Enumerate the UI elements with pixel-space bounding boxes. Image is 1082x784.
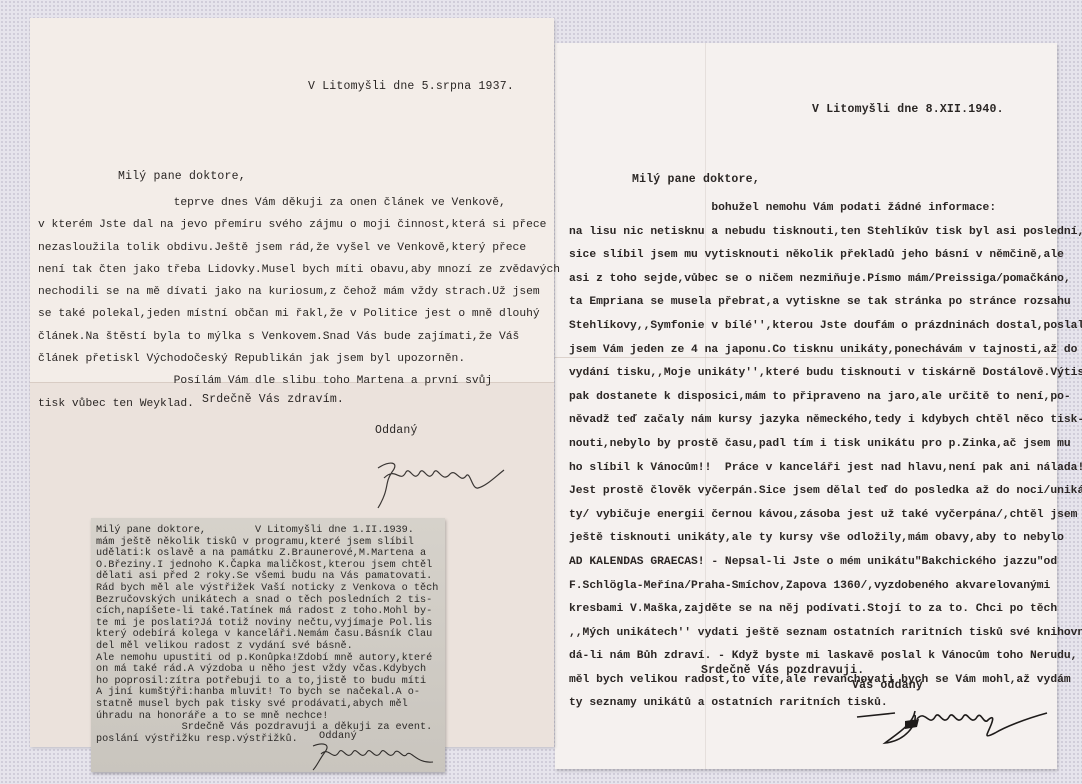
body-line: Posílám Vám dle slibu toho Martena a prv… bbox=[38, 370, 560, 392]
body-line: F.Schlögla-Meřína/Praha-Smíchov,Zapova 1… bbox=[569, 575, 1082, 599]
letter-1937-place-date: V Litomyšli dne 5.srpna 1937. bbox=[308, 81, 514, 93]
body-line: ty/ vybičuje energii černou kávou,zásoba… bbox=[569, 504, 1082, 528]
body-line: ho slíbil k Vánocům!! Práce v kanceláři … bbox=[569, 457, 1082, 481]
body-line: ,,Mých unikátech'' vydati ještě seznam o… bbox=[569, 622, 1082, 646]
body-line: AD KALENDAS GRAECAS! - Nepsal-li Jste o … bbox=[569, 551, 1082, 575]
postcard-1939: Milý pane doktore, V Litomyšli dne 1.II.… bbox=[91, 518, 445, 772]
signature-icon bbox=[309, 740, 439, 772]
postcard-line: cích,napíšete-li také.Tatínek má radost … bbox=[96, 606, 438, 618]
body-line: Stehlíkovy,,Symfonie v bílé'',kterou Jst… bbox=[569, 315, 1082, 339]
body-line: nouti,nebylo by prostě času,padl tím i t… bbox=[569, 433, 1082, 457]
postcard-body: Milý pane doktore, V Litomyšli dne 1.II.… bbox=[96, 525, 438, 745]
postcard-line: mám ještě několik tisků v programu,které… bbox=[96, 537, 438, 549]
body-line: se také polekal,jeden místní občan mi řa… bbox=[38, 303, 560, 325]
postcard-line: statně musel bych pak tisky své prodávat… bbox=[96, 699, 438, 711]
body-line: nechodili se na mě dívati jako na kurios… bbox=[38, 281, 560, 303]
postcard-line: Srdečně Vás pozdravuji a děkuji za event… bbox=[96, 722, 438, 734]
postcard-line: ho poprosil:zítra potřebuji to a to,jist… bbox=[96, 676, 438, 688]
letter-1940: V Litomyšli dne 8.XII.1940. Milý pane do… bbox=[555, 43, 1057, 769]
body-line: vydání tisku,,Moje unikáty'',které budu … bbox=[569, 362, 1082, 386]
body-line: sice slíbil jsem mu vytisknouti několik … bbox=[569, 244, 1082, 268]
body-line: teprve dnes Vám děkuji za onen článek ve… bbox=[38, 192, 560, 214]
letter-1940-body: bohužel nemohu Vám podati žádné informac… bbox=[569, 197, 1082, 716]
postcard-line: A jiní kumštýři:hanba mluvit! To bych se… bbox=[96, 687, 438, 699]
letter-1940-place-date: V Litomyšli dne 8.XII.1940. bbox=[812, 104, 1004, 116]
postcard-line: Ale nemohu upustiti od p.Konůpka!Zdobí m… bbox=[96, 653, 438, 665]
body-line: jsem Vám jeden ze 4 na japonu.Co tisknu … bbox=[569, 339, 1082, 363]
postcard-line: udělati:k oslavě a na památku Z.Braunero… bbox=[96, 548, 438, 560]
postcard-line: Bezručovských unikátech a snad o těch po… bbox=[96, 595, 438, 607]
body-line: kresbami V.Maška,zajděte se na něj podív… bbox=[569, 598, 1082, 622]
body-line: asi z toho sejde,vůbec se o ničem nezmiň… bbox=[569, 268, 1082, 292]
body-line: v kterém Jste dal na jevo přemíru svého … bbox=[38, 214, 560, 236]
body-line: nezasloužila tolik obdivu.Ještě jsem rád… bbox=[38, 237, 560, 259]
body-line: ještě tisknouti unikáty,ale ty kursy vše… bbox=[569, 527, 1082, 551]
postcard-line: který odebírá kolega v kanceláři.Nemám č… bbox=[96, 629, 438, 641]
letter-1937-valediction: Oddaný bbox=[375, 425, 418, 437]
postcard-line: del měl velikou radost z vydání své básn… bbox=[96, 641, 438, 653]
body-line: ta Empriana se musela přebrat,a vytiskne… bbox=[569, 291, 1082, 315]
body-line: Jest prostě člověk vyčerpán.Sice jsem dě… bbox=[569, 480, 1082, 504]
letter-1940-closing: Srdečně Vás pozdravuji. bbox=[701, 665, 864, 677]
letter-1940-valediction: Váš oddaný bbox=[852, 680, 923, 692]
letter-1937-salutation: Milý pane doktore, bbox=[118, 171, 246, 183]
postcard-line: te mi je poslati?Já totiž noviny nečtu,v… bbox=[96, 618, 438, 630]
body-line: bohužel nemohu Vám podati žádné informac… bbox=[569, 197, 1082, 221]
postcard-line: úhradu na honoráře a to se mně nechce! bbox=[96, 711, 438, 723]
postcard-line: Rád bych měl ale výstřižek Vaší noticky … bbox=[96, 583, 438, 595]
postcard-line: dělati asi před 2 roky.Se všemi budu na … bbox=[96, 571, 438, 583]
signature-icon bbox=[855, 695, 1055, 755]
letter-1937-closing: Srdečně Vás zdravím. bbox=[202, 394, 344, 406]
body-line: článek přetiskl Východočeský Republikán … bbox=[38, 348, 560, 370]
postcard-line: on má také rád.A výzdoba u něho jest vžd… bbox=[96, 664, 438, 676]
postcard-line: Milý pane doktore, V Litomyšli dne 1.II.… bbox=[96, 525, 438, 537]
body-line: článek.Na štěstí byla to mýlka s Venkove… bbox=[38, 326, 560, 348]
letter-1940-salutation: Milý pane doktore, bbox=[632, 174, 760, 186]
signature-icon bbox=[370, 448, 520, 518]
postcard-line: O.Březiny.I jednoho K.Čapka maličkost,kt… bbox=[96, 560, 438, 572]
body-line: pak dostanete k disposici,mám to připrav… bbox=[569, 386, 1082, 410]
letter-1937-body: teprve dnes Vám děkuji za onen článek ve… bbox=[38, 192, 560, 415]
body-line: něvadž teď začaly nám kursy jazyka němec… bbox=[569, 409, 1082, 433]
body-line: není tak čten jako třeba Lidovky.Musel b… bbox=[38, 259, 560, 281]
body-line: na lisu nic netisknu a nebudu tisknouti,… bbox=[569, 221, 1082, 245]
